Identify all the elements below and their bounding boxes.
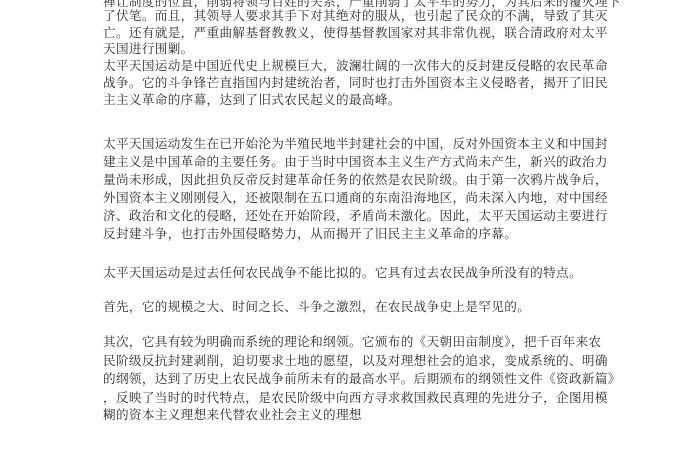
text-line-12: 反封建斗争，也打击外国侵略势力，从而揭开了旧民主主义革命的序幕。 (103, 225, 517, 242)
text-line-18: ，反映了当时的时代特点，是农民阶级中向西方寻求救国救民真理的先进分子，企图用模 (103, 389, 608, 406)
text-line-8: 建主义是中国革命的主要任务。由于当时中国资本主义生产方式尚未产生，新兴的政治力 (103, 153, 608, 170)
text-line-5: 战争。它的斗争锋芒直指国内封建统治者，同时也打击外国资本主义侵略者，揭开了旧民 (103, 74, 608, 91)
text-line-1: 了伏笔。而且，其领导人要求其手下对其绝对的服从，也引起了民众的不满，导致了其灭 (103, 7, 608, 24)
text-line-14: 首先，它的规模之大、时间之长、斗争之激烈，在农民战争史上是罕见的。 (103, 298, 530, 315)
text-line-6: 主主义革命的序幕，达到了旧式农民起义的最高峰。 (103, 91, 401, 108)
text-line-15: 其次，它具有较为明确而系统的理论和纲领。它颁布的《天朝田亩制度》，把千百年来农 (103, 333, 602, 350)
text-line-4: 太平天国运动是中国近代史上规模巨大，波澜壮阔的一次伟大的反封建反侵略的农民革命 (103, 57, 608, 74)
text-line-17: 的纲领，达到了历史上农民战争前所未有的最高水平。后期颁布的纲领性文件《资政新篇》 (103, 370, 621, 387)
text-line-11: 济、政治和文化的侵略，还处在开始阶段，矛盾尚未激化。因此，太平天国运动主要进行 (103, 207, 608, 224)
text-line-7: 太平天国运动发生在已开始沦为半殖民地半封建社会的中国，反对外国资本主义和中国封 (103, 135, 608, 152)
text-line-16: 民阶级反抗封建剥削，迫切要求土地的愿望，以及对理想社会的追求，变成系统的、明确 (103, 352, 608, 369)
text-line-2: 亡。还有就是，严重曲解基督教教义，使得基督教国家对其非常仇视，联合清政府对太平 (103, 24, 608, 41)
text-line-19: 糊的资本主义理想来代替农业社会主义的理想 (103, 406, 362, 423)
text-line-3: 天国进行围剿。 (103, 40, 194, 57)
text-line-13: 太平天国运动是过去任何农民战争不能比拟的。它具有过去农民战争所没有的特点。 (103, 264, 582, 281)
text-line-9: 量尚未形成，因此担负反帝反封建革命任务的依然是农民阶级。由于第一次鸦片战争后， (103, 171, 608, 188)
text-line-10: 外国资本主义刚刚侵入，还被限制在五口通商的东南沿海地区，尚未深入内地，对中国经 (103, 189, 608, 206)
